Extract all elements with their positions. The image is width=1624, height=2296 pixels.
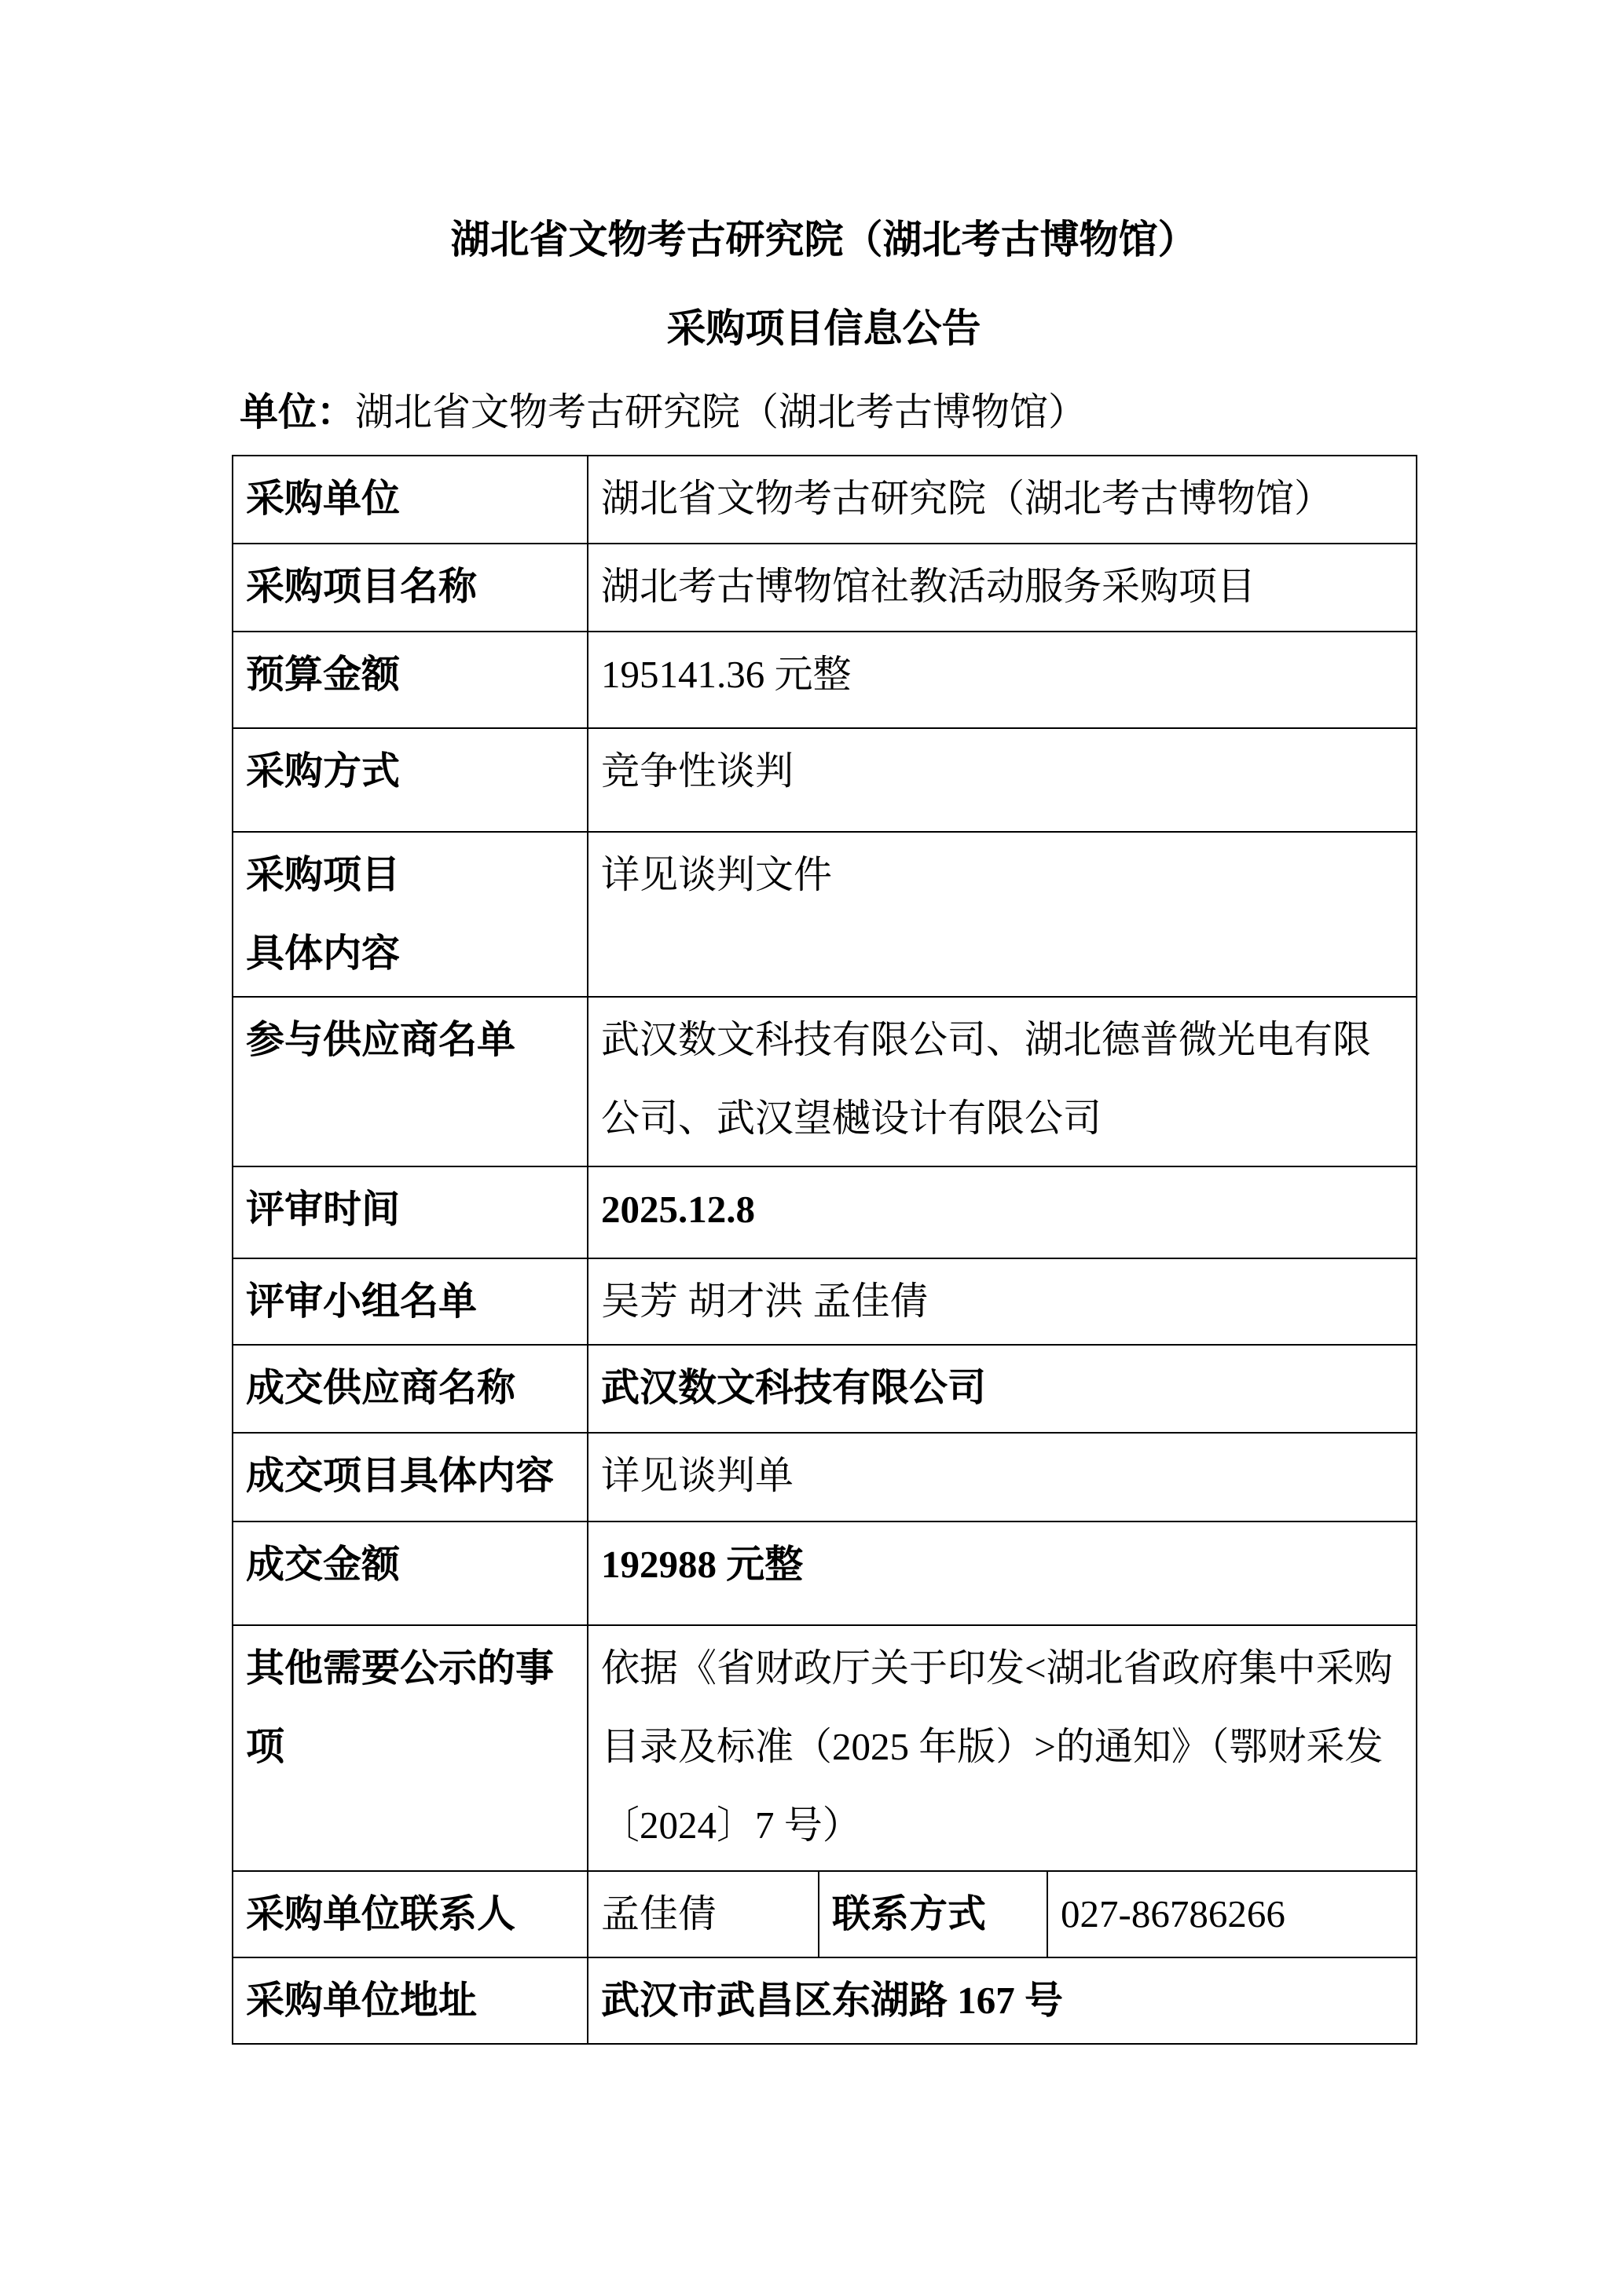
table-row-project-details: 采购项目 具体内容 详见谈判文件 [233,832,1417,997]
unit-value: 湖北省文物考古研究院（湖北考古博物馆） [355,390,1087,434]
table-row-participating-suppliers: 参与供应商名单 武汉数文科技有限公司、湖北德普微光电有限 公司、武汉望樾设计有限… [233,997,1417,1166]
contact-method-label: 联系方式 [819,1871,1047,1957]
row-value: 竞争性谈判 [588,728,1417,832]
row-label: 成交供应商名称 [233,1345,588,1433]
unit-line: 单位：湖北省文物考古研究院（湖北考古博物馆） [240,389,1416,436]
row-value: 192988 元整 [588,1522,1417,1625]
table-row-winning-supplier: 成交供应商名称 武汉数文科技有限公司 [233,1345,1417,1433]
table-row-purchasing-unit: 采购单位 湖北省文物考古研究院（湖北考古博物馆） [233,456,1417,544]
page-title: 湖北省文物考古研究院（湖北考古博物馆） [232,214,1416,265]
row-label: 采购项目名称 [233,544,588,632]
row-label: 成交金额 [233,1522,588,1625]
row-value: 195141.36 元整 [588,632,1417,728]
table-row-review-time: 评审时间 2025.12.8 [233,1166,1417,1258]
table-row-budget-amount: 预算金额 195141.36 元整 [233,632,1417,728]
row-label: 其他需要公示的事项 [233,1625,588,1871]
unit-label: 单位： [240,390,355,434]
row-label: 采购单位联系人 [233,1871,588,1957]
document-page: 湖北省文物考古研究院（湖北考古博物馆） 采购项目信息公告 单位：湖北省文物考古研… [0,0,1624,2296]
contact-phone-value: 027-86786266 [1047,1871,1417,1957]
procurement-info-table: 采购单位 湖北省文物考古研究院（湖北考古博物馆） 采购项目名称 湖北考古博物馆社… [232,455,1417,2045]
row-value: 详见谈判文件 [588,832,1417,997]
table-row-unit-address: 采购单位地址 武汉市武昌区东湖路 167 号 [233,1957,1417,2044]
table-row-contact: 采购单位联系人 孟佳倩 联系方式 027-86786266 [233,1871,1417,1957]
row-value: 依据《省财政厅关于印发<湖北省政府集中采购 目录及标准（2025 年版）>的通知… [588,1625,1417,1871]
contact-name-value: 孟佳倩 [588,1871,819,1957]
row-label: 评审时间 [233,1166,588,1258]
table-row-procurement-method: 采购方式 竞争性谈判 [233,728,1417,832]
row-value: 武汉市武昌区东湖路 167 号 [588,1957,1417,2044]
row-label: 采购单位 [233,456,588,544]
page-subtitle: 采购项目信息公告 [232,302,1416,354]
row-value: 武汉数文科技有限公司、湖北德普微光电有限 公司、武汉望樾设计有限公司 [588,997,1417,1166]
row-value: 湖北考古博物馆社教活动服务采购项目 [588,544,1417,632]
row-label: 采购方式 [233,728,588,832]
table-row-other-matters: 其他需要公示的事项 依据《省财政厅关于印发<湖北省政府集中采购 目录及标准（20… [233,1625,1417,1871]
table-row-review-panel: 评审小组名单 吴芳 胡才洪 孟佳倩 [233,1258,1417,1345]
row-value: 2025.12.8 [588,1166,1417,1258]
table-row-awarded-details: 成交项目具体内容 详见谈判单 [233,1433,1417,1522]
table-row-project-name: 采购项目名称 湖北考古博物馆社教活动服务采购项目 [233,544,1417,632]
row-label: 采购单位地址 [233,1957,588,2044]
row-label: 成交项目具体内容 [233,1433,588,1522]
row-value: 吴芳 胡才洪 孟佳倩 [588,1258,1417,1345]
row-label: 参与供应商名单 [233,997,588,1166]
row-label: 评审小组名单 [233,1258,588,1345]
row-value: 详见谈判单 [588,1433,1417,1522]
row-value: 湖北省文物考古研究院（湖北考古博物馆） [588,456,1417,544]
row-label: 预算金额 [233,632,588,728]
row-value: 武汉数文科技有限公司 [588,1345,1417,1433]
table-row-award-amount: 成交金额 192988 元整 [233,1522,1417,1625]
row-label: 采购项目 具体内容 [233,832,588,997]
